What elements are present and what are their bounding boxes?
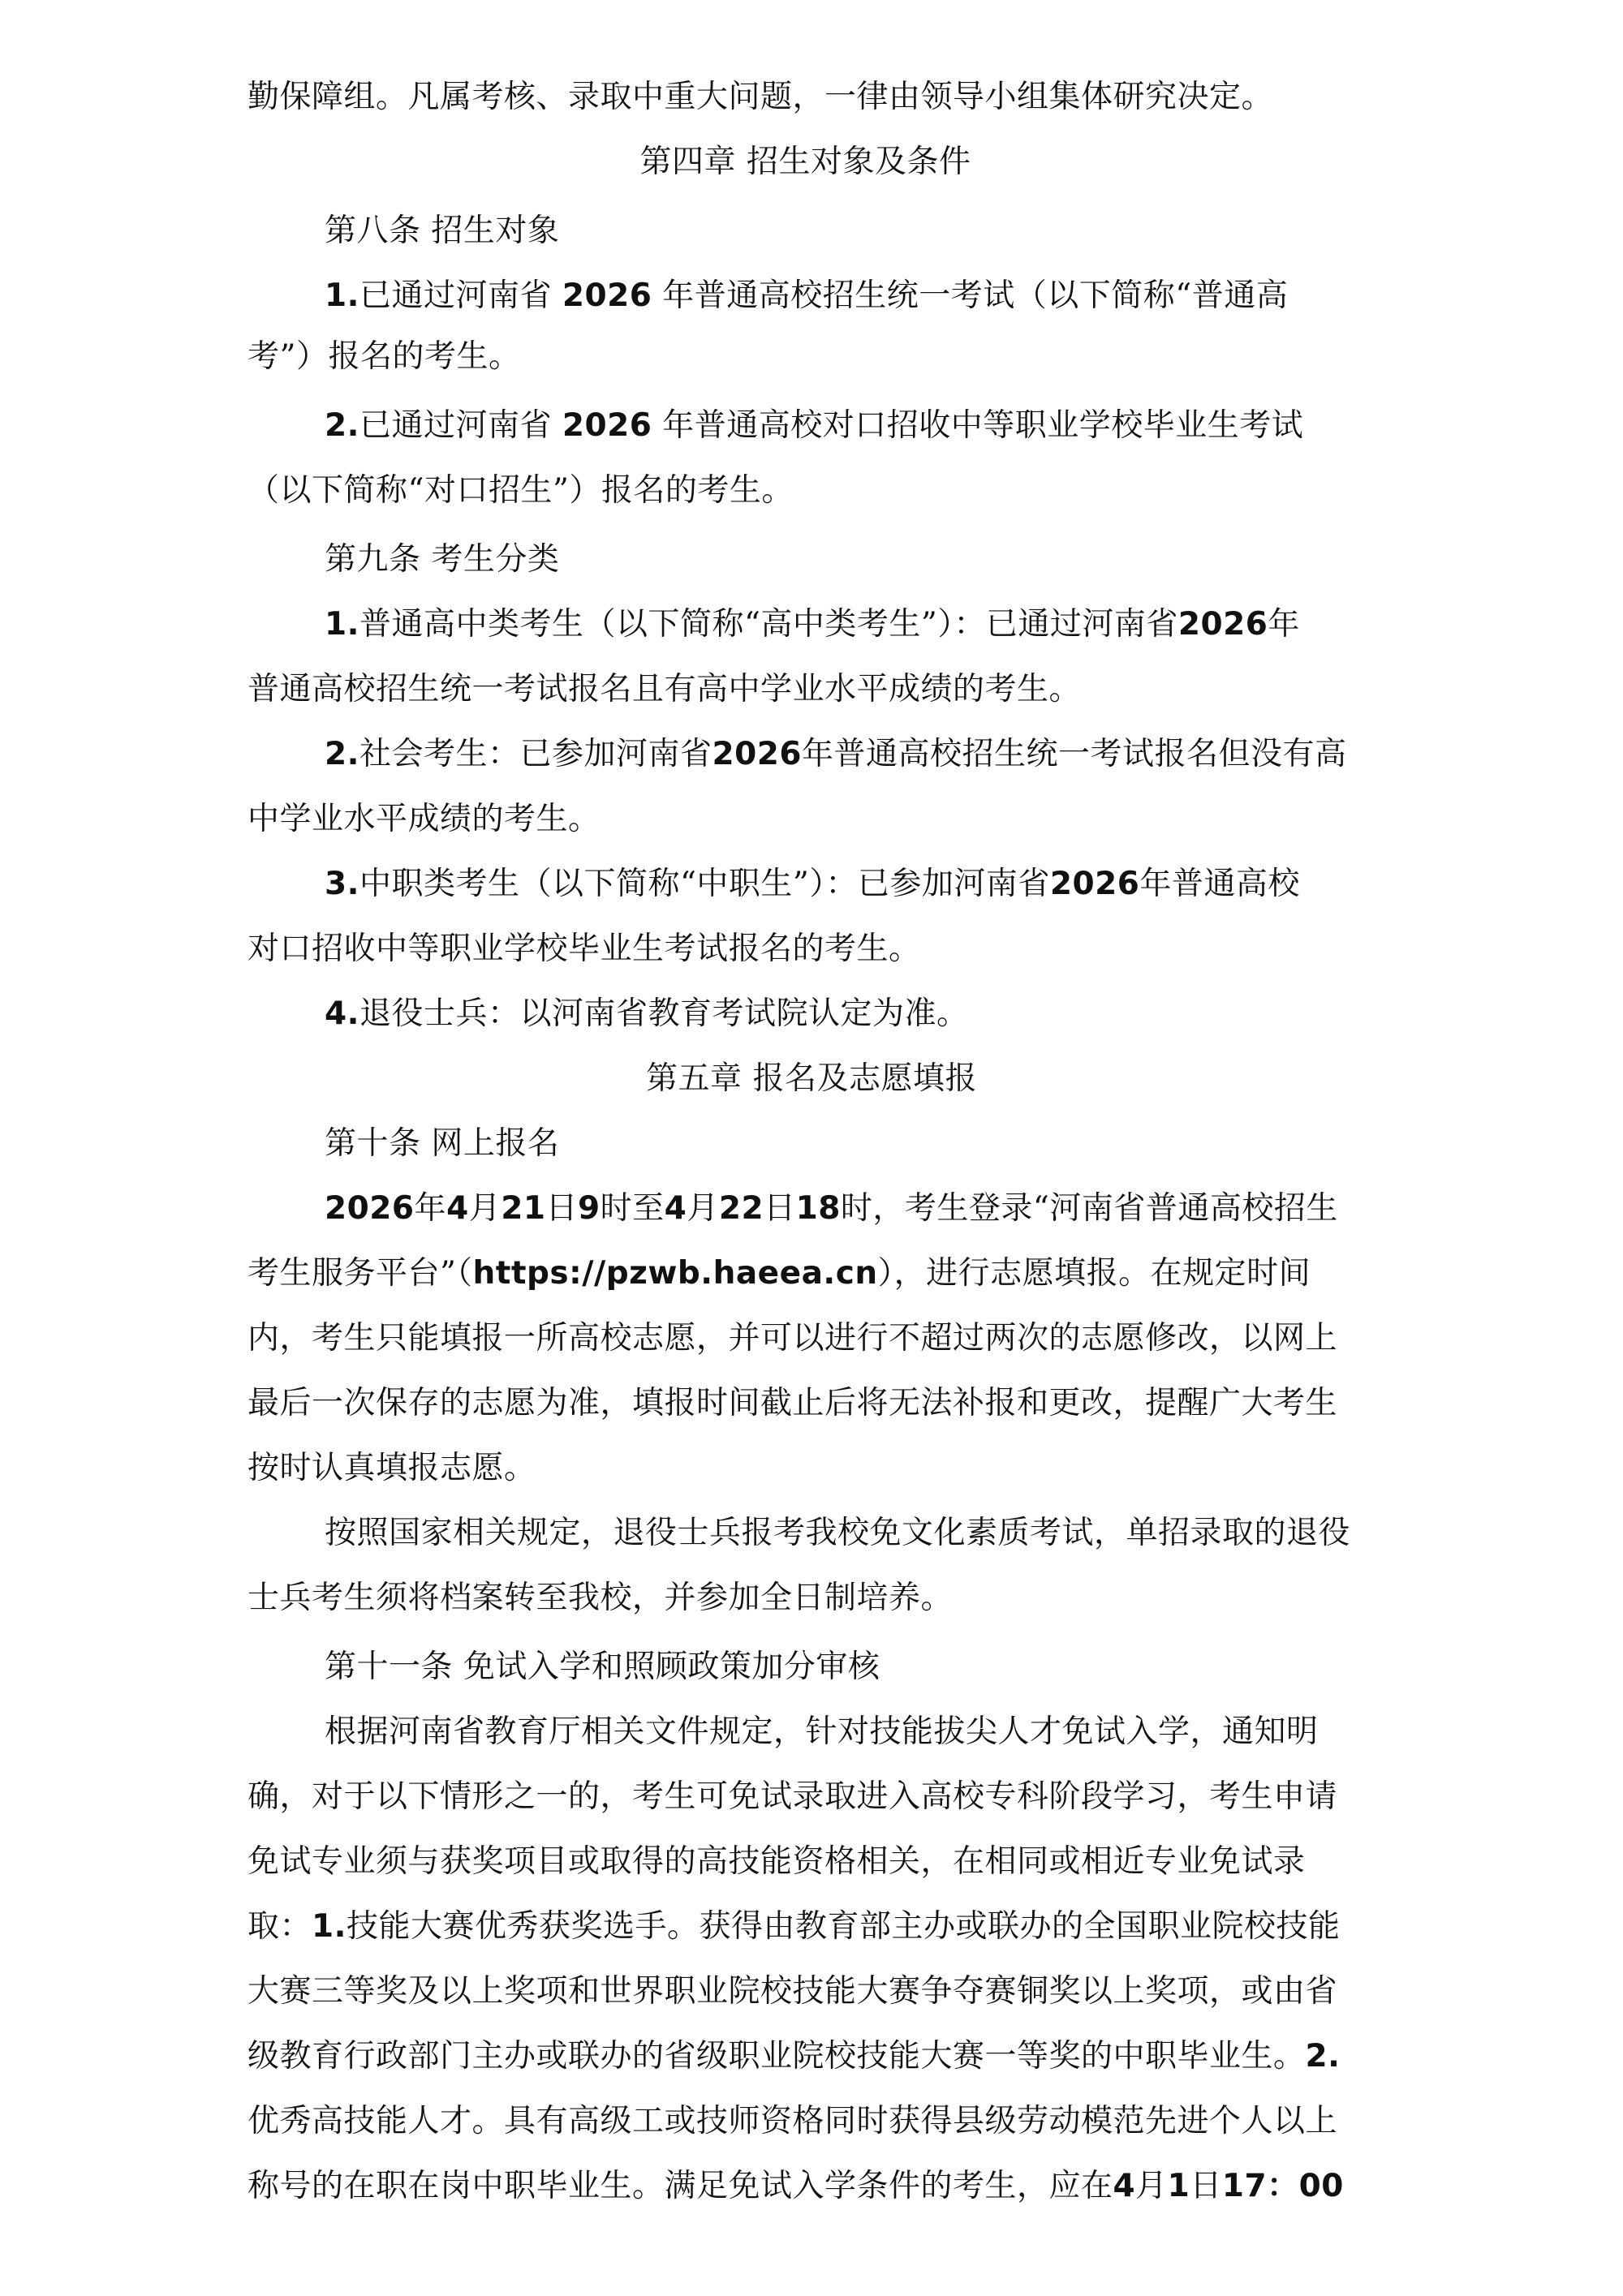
text-segment: （以下简称“对口招生”）报名的考生。: [248, 472, 794, 509]
text-segment: 按照国家相关规定，退役士兵报考我校免文化素质考试，单招录取的退役: [325, 1515, 1350, 1551]
text-line: 2.社会考生：已参加河南省2026年普通高校招生统一考试报名但没有高: [325, 734, 1347, 775]
text-line: 第九条 考生分类: [325, 540, 559, 580]
text-segment: 优秀高技能人才。具有高级工或技师资格同时获得县级劳动模范先进个人以上: [248, 2103, 1337, 2139]
bold-text: 4: [446, 1190, 469, 1227]
text-segment: 退役士兵：以河南省教育考试院认定为准。: [359, 995, 969, 1032]
text-segment: 技能大赛优秀获奖选手。获得由教育部主办或联办的全国职业院校技能: [347, 1908, 1341, 1945]
text-segment: 时至: [601, 1190, 665, 1227]
bold-text: 1.: [312, 1908, 347, 1945]
text-line: 中学业水平成绩的考生。: [248, 799, 601, 840]
text-segment: 免试专业须与获奖项目或取得的高技能资格相关，在相同或相近专业免试录: [248, 1843, 1306, 1880]
text-line: 内，考生只能填报一所高校志愿，并可以进行不超过两次的志愿修改，以网上: [248, 1318, 1337, 1359]
text-segment: 普通高校招生统一考试报名且有高中学业水平成绩的考生。: [248, 671, 1081, 707]
text-segment: 考生服务平台”（: [248, 1255, 472, 1292]
bold-text: 22: [719, 1190, 764, 1227]
text-segment: 考”）报名的考生。: [248, 338, 520, 375]
text-line: 1.普通高中类考生（以下简称“高中类考生”）：已通过河南省2026年: [325, 604, 1300, 645]
text-line: 称号的在职在岗中职毕业生。满足免试入学条件的考生，应在4月1日17：00: [248, 2166, 1344, 2207]
bold-text: 4: [1113, 2168, 1136, 2204]
text-line: 按时认真填报志愿。: [248, 1448, 536, 1489]
text-segment: 年普通高校: [1139, 866, 1300, 902]
text-segment: 已通过河南省: [359, 277, 562, 314]
text-segment: 大赛三等奖及以上奖项和世界职业院校技能大赛争夺赛铜奖以上奖项，或由省: [248, 1973, 1337, 2010]
text-segment: 士兵考生须将档案转至我校，并参加全日制培养。: [248, 1580, 953, 1616]
bold-text: 2026: [562, 407, 652, 444]
text-line: 按照国家相关规定，退役士兵报考我校免文化素质考试，单招录取的退役: [325, 1513, 1350, 1554]
text-line: 优秀高技能人才。具有高级工或技师资格同时获得县级劳动模范先进个人以上: [248, 2101, 1337, 2142]
bold-text: 9: [578, 1190, 601, 1227]
text-segment: 中职类考生（以下简称“中职生”）：已参加河南省: [359, 866, 1050, 902]
text-line: 确，对于以下情形之一的，考生可免试录取进入高校专科阶段学习，考生申请: [248, 1777, 1337, 1817]
text-line: 根据河南省教育厅相关文件规定，针对技能拔尖人才免试入学，通知明: [325, 1712, 1319, 1752]
text-line: （以下简称“对口招生”）报名的考生。: [248, 471, 794, 511]
bold-text: 2.: [325, 736, 359, 772]
document-page: 勤保障组。凡属考核、录取中重大问题，一律由领导小组集体研究决定。第四章 招生对象…: [0, 0, 1623, 2296]
text-segment: 第九条 考生分类: [325, 541, 559, 578]
text-segment: 第十条 网上报名: [325, 1125, 559, 1162]
text-segment: 中学业水平成绩的考生。: [248, 801, 601, 837]
text-segment: 普通高中类考生（以下简称“高中类考生”）：已通过河南省: [359, 606, 1178, 643]
text-line: 4.退役士兵：以河南省教育考试院认定为准。: [325, 994, 968, 1034]
text-line: 考生服务平台”（https://pzwb.haeea.cn），进行志愿填报。在规…: [248, 1253, 1311, 1294]
bold-text: 2.: [325, 407, 359, 444]
text-segment: 月: [1135, 2168, 1168, 2204]
bold-text: 21: [501, 1190, 545, 1227]
text-segment: 第四章 招生对象及条件: [640, 144, 971, 180]
text-segment: 最后一次保存的志愿为准，填报时间截止后将无法补报和更改，提醒广大考生: [248, 1385, 1337, 1421]
text-segment: 称号的在职在岗中职毕业生。满足免试入学条件的考生，应在: [248, 2168, 1113, 2204]
text-segment: ），进行志愿填报。在规定时间: [878, 1255, 1311, 1292]
text-segment: 月: [469, 1190, 502, 1227]
bold-text: 4.: [325, 995, 359, 1032]
text-line: 第十条 网上报名: [325, 1124, 559, 1164]
bold-text: 2026: [325, 1190, 415, 1227]
text-segment: 日: [1190, 2168, 1222, 2204]
text-segment: 年: [415, 1190, 447, 1227]
text-line: 普通高校招生统一考试报名且有高中学业水平成绩的考生。: [248, 669, 1081, 710]
text-segment: 已通过河南省: [359, 407, 562, 444]
text-line: 大赛三等奖及以上奖项和世界职业院校技能大赛争夺赛铜奖以上奖项，或由省: [248, 1971, 1337, 2012]
text-line: 3.中职类考生（以下简称“中职生”）：已参加河南省2026年普通高校: [325, 864, 1300, 905]
text-segment: 日: [764, 1190, 796, 1227]
text-segment: 级教育行政部门主办或联办的省级职业院校技能大赛一等奖的中职毕业生。: [248, 2038, 1306, 2075]
text-segment: 对口招收中等职业学校毕业生考试报名的考生。: [248, 931, 921, 967]
text-line: 士兵考生须将档案转至我校，并参加全日制培养。: [248, 1578, 953, 1619]
text-line: 第四章 招生对象及条件: [0, 142, 1611, 183]
text-segment: 社会考生：已参加河南省: [359, 736, 712, 772]
text-segment: 年: [1268, 606, 1300, 643]
bold-text: 3.: [325, 866, 359, 902]
text-segment: 第八条 招生对象: [325, 213, 559, 249]
text-segment: 月: [687, 1190, 719, 1227]
text-segment: 勤保障组。凡属考核、录取中重大问题，一律由领导小组集体研究决定。: [248, 79, 1273, 115]
text-line: 最后一次保存的志愿为准，填报时间截止后将无法补报和更改，提醒广大考生: [248, 1383, 1337, 1424]
bold-text: 17：00: [1222, 2168, 1344, 2204]
bold-text: 2026: [1050, 866, 1140, 902]
text-segment: 第五章 报名及志愿填报: [646, 1060, 977, 1097]
text-line: 免试专业须与获奖项目或取得的高技能资格相关，在相同或相近专业免试录: [248, 1842, 1306, 1882]
text-line: 级教育行政部门主办或联办的省级职业院校技能大赛一等奖的中职毕业生。2.: [248, 2036, 1340, 2077]
text-line: 勤保障组。凡属考核、录取中重大问题，一律由领导小组集体研究决定。: [248, 77, 1273, 118]
text-segment: 日: [546, 1190, 579, 1227]
text-segment: 取：: [248, 1908, 312, 1945]
text-line: 取：1.技能大赛优秀获奖选手。获得由教育部主办或联办的全国职业院校技能: [248, 1907, 1340, 1947]
text-segment: 年普通高校招生统一考试报名但没有高: [802, 736, 1347, 772]
bold-text: 2.: [1306, 2038, 1341, 2075]
bold-text: 1: [1168, 2168, 1190, 2204]
text-line: 第八条 招生对象: [325, 211, 559, 252]
text-line: 2.已通过河南省 2026 年普通高校对口招收中等职业学校毕业生考试: [325, 406, 1303, 446]
bold-text: 4: [665, 1190, 687, 1227]
text-segment: 确，对于以下情形之一的，考生可免试录取进入高校专科阶段学习，考生申请: [248, 1778, 1337, 1815]
text-line: 第五章 报名及志愿填报: [0, 1059, 1623, 1099]
text-segment: 时，考生登录“河南省普通高校招生: [841, 1190, 1338, 1227]
bold-text: 2026: [712, 736, 802, 772]
bold-text: 1.: [325, 277, 359, 314]
text-segment: 内，考生只能填报一所高校志愿，并可以进行不超过两次的志愿修改，以网上: [248, 1320, 1337, 1357]
bold-text: 1.: [325, 606, 359, 643]
text-segment: 第十一条 免试入学和照顾政策加分审核: [325, 1649, 880, 1685]
text-segment: 根据河南省教育厅相关文件规定，针对技能拔尖人才免试入学，通知明: [325, 1713, 1319, 1750]
text-segment: 年普通高校对口招收中等职业学校毕业生考试: [652, 407, 1303, 444]
bold-text: 2026: [562, 277, 652, 314]
text-line: 对口招收中等职业学校毕业生考试报名的考生。: [248, 929, 921, 970]
text-segment: 按时认真填报志愿。: [248, 1450, 536, 1486]
text-segment: 年普通高校招生统一考试（以下简称“普通高: [652, 277, 1288, 314]
bold-text: https://pzwb.haeea.cn: [472, 1255, 877, 1292]
bold-text: 2026: [1178, 606, 1268, 643]
bold-text: 18: [796, 1190, 841, 1227]
text-line: 2026年4月21日9时至4月22日18时，考生登录“河南省普通高校招生: [325, 1189, 1338, 1229]
text-line: 1.已通过河南省 2026 年普通高校招生统一考试（以下简称“普通高: [325, 276, 1288, 316]
text-line: 考”）报名的考生。: [248, 337, 520, 377]
text-line: 第十一条 免试入学和照顾政策加分审核: [325, 1647, 880, 1688]
